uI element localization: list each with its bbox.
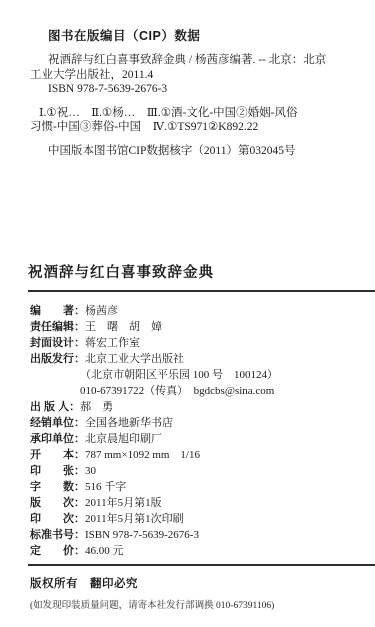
colophon-label: 开 本： [30, 447, 85, 463]
colophon-row-distributor: 经销单位： 全国各地新华书店 [30, 415, 375, 431]
copyright-notice: 版权所有 翻印必究 [30, 575, 375, 591]
colophon-row-publisher-contact: 010-67391722（传真） bgdcbs@sina.com [30, 383, 375, 399]
colophon-label: 印 张： [30, 463, 85, 479]
colophon-value: 北京晨旭印刷厂 [85, 431, 162, 447]
colophon-label: 字 数： [30, 479, 85, 495]
colophon-row-printer: 承印单位： 北京晨旭印刷厂 [30, 431, 375, 447]
colophon-value: 杨茜彦 [85, 303, 118, 319]
footer-block: 版权所有 翻印必究 (如发现印装质量问题，请寄本社发行部调换 010-67391… [30, 575, 375, 611]
colophon-value: 010-67391722（传真） bgdcbs@sina.com [80, 383, 274, 399]
colophon-label: 版 次： [30, 495, 85, 511]
colophon-row-cover-design: 封面设计： 蒋宏工作室 [30, 335, 375, 351]
colophon-label: 承印单位： [30, 431, 85, 447]
colophon-list: 编 著： 杨茜彦 责任编辑： 王 曙 胡 嫜 封面设计： 蒋宏工作室 出版发行：… [30, 303, 375, 559]
colophon-value: 787 mm×1092 mm 1/16 [85, 447, 200, 463]
cip-header: 图书在版编目（CIP）数据 [48, 26, 357, 44]
colophon-value: 全国各地新华书店 [85, 415, 173, 431]
cip-isbn-line: ISBN 978-7-5639-2676-3 [30, 82, 357, 97]
colophon-row-edition: 版 次： 2011年5月第1版 [30, 495, 375, 511]
colophon-row-price: 定 价： 46.00 元 [30, 543, 375, 559]
cip-data-block: 图书在版编目（CIP）数据 祝酒辞与红白喜事致辞金典 / 杨茜彦编著. -- 北… [30, 0, 357, 158]
quality-note: (如发现印装质量问题，请寄本社发行部调换 010-67391106) [30, 597, 375, 611]
colophon-value: 蒋宏工作室 [85, 335, 140, 351]
cip-record-line-1: 祝酒辞与红白喜事致辞金典 / 杨茜彦编著. -- 北京：北京 [30, 53, 357, 68]
colophon-label [30, 383, 80, 399]
footer-divider [28, 564, 375, 566]
colophon-label: 定 价： [30, 543, 85, 559]
colophon-label: 责任编辑： [30, 319, 85, 335]
colophon-label: 出版发行： [30, 351, 85, 367]
colophon-value: 30 [85, 463, 96, 479]
title-divider [28, 290, 375, 292]
colophon-row-word-count: 字 数： 516 千字 [30, 479, 375, 495]
colophon-label: 出 版 人： [30, 399, 80, 415]
colophon-value: （北京市朝阳区平乐园 100 号 100124） [80, 367, 278, 383]
colophon-label: 印 次： [30, 511, 85, 527]
colophon-value: ISBN 978-7-5639-2676-3 [85, 527, 199, 543]
colophon-row-editor: 编 著： 杨茜彦 [30, 303, 375, 319]
colophon-row-publisher-address: （北京市朝阳区平乐园 100 号 100124） [30, 367, 375, 383]
colophon-label: 经销单位： [30, 415, 85, 431]
colophon-row-publishing-person: 出 版 人： 郝 勇 [30, 399, 375, 415]
colophon-value: 46.00 元 [85, 543, 124, 559]
colophon-value: 2011年5月第1次印刷 [85, 511, 184, 527]
book-title: 祝酒辞与红白喜事致辞金典 [28, 261, 375, 282]
colophon-value: 王 曙 胡 嫜 [85, 319, 162, 335]
colophon-value: 郝 勇 [80, 399, 113, 415]
book-copyright-page: 图书在版编目（CIP）数据 祝酒辞与红白喜事致辞金典 / 杨茜彦编著. -- 北… [0, 0, 375, 627]
cip-classification-block: Ⅰ.①祝… Ⅱ.①杨… Ⅲ.①酒-文化-中国②婚姻-风俗 习惯-中国③葬俗-中国… [30, 106, 357, 135]
colophon-value: 北京工业大学出版社 [85, 351, 184, 367]
colophon-value: 2011年5月第1版 [85, 495, 162, 511]
colophon-value: 516 千字 [85, 479, 126, 495]
colophon-label [30, 367, 80, 383]
cip-classification-line-2: 习惯-中国③葬俗-中国 Ⅳ.①TS971②K892.22 [30, 120, 357, 135]
cip-record-line-2: 工业大学出版社，2011.4 [30, 68, 357, 83]
colophon-row-isbn: 标准书号： ISBN 978-7-5639-2676-3 [30, 527, 375, 543]
colophon-label: 封面设计： [30, 335, 85, 351]
colophon-row-printing: 印 次： 2011年5月第1次印刷 [30, 511, 375, 527]
colophon-row-publisher: 出版发行： 北京工业大学出版社 [30, 351, 375, 367]
colophon-row-sheets: 印 张： 30 [30, 463, 375, 479]
colophon-label: 标准书号： [30, 527, 85, 543]
cip-classification-line-1: Ⅰ.①祝… Ⅱ.①杨… Ⅲ.①酒-文化-中国②婚姻-风俗 [30, 106, 357, 121]
colophon-row-responsible-editor: 责任编辑： 王 曙 胡 嫜 [30, 319, 375, 335]
colophon-label: 编 著： [30, 303, 85, 319]
colophon-row-format: 开 本： 787 mm×1092 mm 1/16 [30, 447, 375, 463]
cip-record-number: 中国版本图书馆CIP数据核字（2011）第032045号 [30, 144, 357, 159]
